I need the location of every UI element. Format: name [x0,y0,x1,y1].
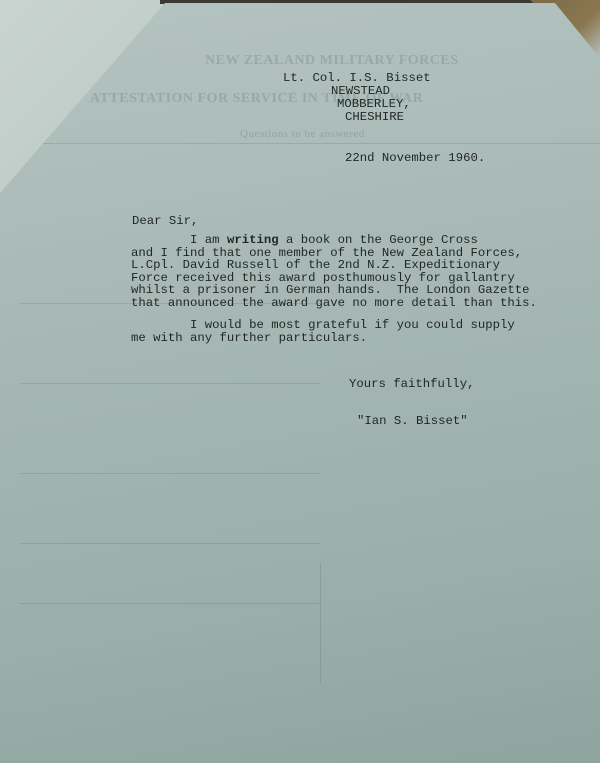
ghost-heading-1: NEW ZEALAND MILITARY FORCES [205,53,459,69]
paragraph1-line3: L.Cpl. David Russell of the 2nd N.Z. Exp… [131,259,537,272]
ghost-rule [40,143,600,144]
ghost-subheading: Questions to be answered [240,128,365,140]
text: I am [131,233,227,247]
paragraph1-line5: whilst a prisoner in German hands. The L… [131,284,537,297]
sender-address-line3: CHESHIRE [345,111,404,123]
closing: Yours faithfully, [349,378,474,390]
salutation: Dear Sir, [132,215,198,227]
ghost-rule [20,603,320,604]
emphasized-word: writing [227,233,279,247]
ghost-rule [20,473,320,474]
sender-name: Lt. Col. I.S. Bisset [283,72,431,84]
sender-address-line2: MOBBERLEY, [337,98,411,110]
sender-address-line1: NEWSTEAD [331,85,390,97]
paragraph1-line6: that announced the award gave no more de… [131,297,537,310]
ghost-column-rule [320,563,321,683]
letter-body: I am writing a book on the George Cross … [131,234,537,344]
text: a book on the George Cross [279,233,478,247]
letter-date: 22nd November 1960. [345,152,485,164]
letter-sheet: NEW ZEALAND MILITARY FORCES ATTESTATION … [0,3,600,763]
ghost-rule [20,383,320,384]
paragraph2-line2: me with any further particulars. [131,332,537,345]
paragraph2-line1: I would be most grateful if you could su… [131,319,537,332]
ghost-rule [20,543,320,544]
paragraph1-line1: I am writing a book on the George Cross [131,234,537,247]
signature: "Ian S. Bisset" [357,415,468,427]
